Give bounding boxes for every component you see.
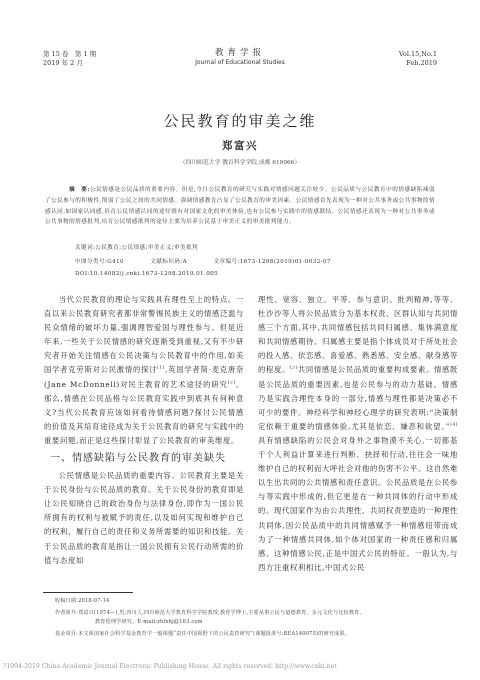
intro-paragraph: 当代公民教育的理论与实践具有理性至上的特点。一直以来公民教育研究者都非常警惕民族… [44, 293, 244, 448]
doi: 10.14082/j.cnki.1673-1298.2019.01.005 [90, 271, 218, 277]
author-affiliation: （四川师范大学 教育科学学院,成都 610066） [0, 157, 480, 166]
abstract-text: 公民情感是公民品质的重要内容。但是,今日公民教育的研究与实践对情感问题关注较少。… [45, 187, 435, 225]
doc-code-label: 文献标识码: [150, 259, 182, 265]
section-heading-1: 一、情感缺陷与公民教育的审美缺失 [50, 452, 244, 466]
clc-label: 中图分类号: [75, 259, 107, 265]
citation-3[interactable]: [3] [290, 365, 298, 370]
classification-line: 中图分类号:G410 文献标识码:A 文章编号:1673-1298(2019)0… [75, 257, 331, 265]
keywords-label: 关键词: [75, 245, 95, 251]
citation-2[interactable]: [2] [228, 379, 236, 384]
article-no: 1673-1298(2019)01-0032-07 [240, 259, 331, 265]
keywords: 公民教育;公民情感;审美正义;审美批判 [95, 245, 198, 251]
section-1-paragraph: 公民情感是公民品质的重要内容。公民教育主要是关于公民身份与公民品质的教育。关于公… [44, 469, 244, 568]
footnote-divider [43, 592, 133, 593]
header-volume-info-en: Vol.15,No.1 Feb.2019 [399, 50, 437, 68]
article-author: 郑富兴 [0, 138, 480, 153]
article-no-label: 文章编号: [213, 259, 239, 265]
clc-code: G410 [107, 259, 124, 265]
doi-label: DOI: [75, 271, 90, 277]
volume-issue-en: Vol.15,No.1 [399, 50, 437, 59]
copyright-notice: ?1994-2019 China Academic Journal Electr… [3, 663, 337, 670]
citation-4[interactable]: [4] [450, 421, 458, 426]
date-en: Feb.2019 [399, 59, 437, 68]
abstract-label: 摘 要: [69, 187, 90, 193]
footnote-author-bio: 作者简介:郑富兴(1974—),男,四川人,四川师范大学教育科学学院教授,教育学… [55, 609, 445, 627]
citation-1[interactable]: [1] [157, 365, 165, 370]
article-title: 公民教育的审美之维 [0, 110, 480, 131]
doc-code: A [183, 259, 187, 265]
abstract: 摘 要:公民情感是公民品质的重要内容。但是,今日公民教育的研究与实践对情感问题关… [45, 185, 435, 228]
keywords-line: 关键词:公民教育;公民情感;审美正义;审美批判 [75, 243, 198, 251]
right-column-paragraph: 理性、宽容、独立、平等、参与意识、批判精神,等等。杜沙沙等人将公民品质分为基本权… [258, 293, 458, 575]
body-left-column: 当代公民教育的理论与实践具有理性至上的特点。一直以来公民教育研究者都非常警惕民族… [44, 293, 244, 568]
body-right-column: 理性、宽容、独立、平等、参与意识、批判精神,等等。杜沙沙等人将公民品质分为基本权… [258, 293, 458, 575]
doi-line: DOI:10.14082/j.cnki.1673-1298.2019.01.00… [75, 271, 218, 277]
footnote-funding: 基金项目:本文系国家社会科学基金教育学一般课题“责任中国视野下的公民责育研究”(… [55, 630, 445, 639]
footnote-received: 收稿日期:2018-07-14 [55, 597, 445, 606]
